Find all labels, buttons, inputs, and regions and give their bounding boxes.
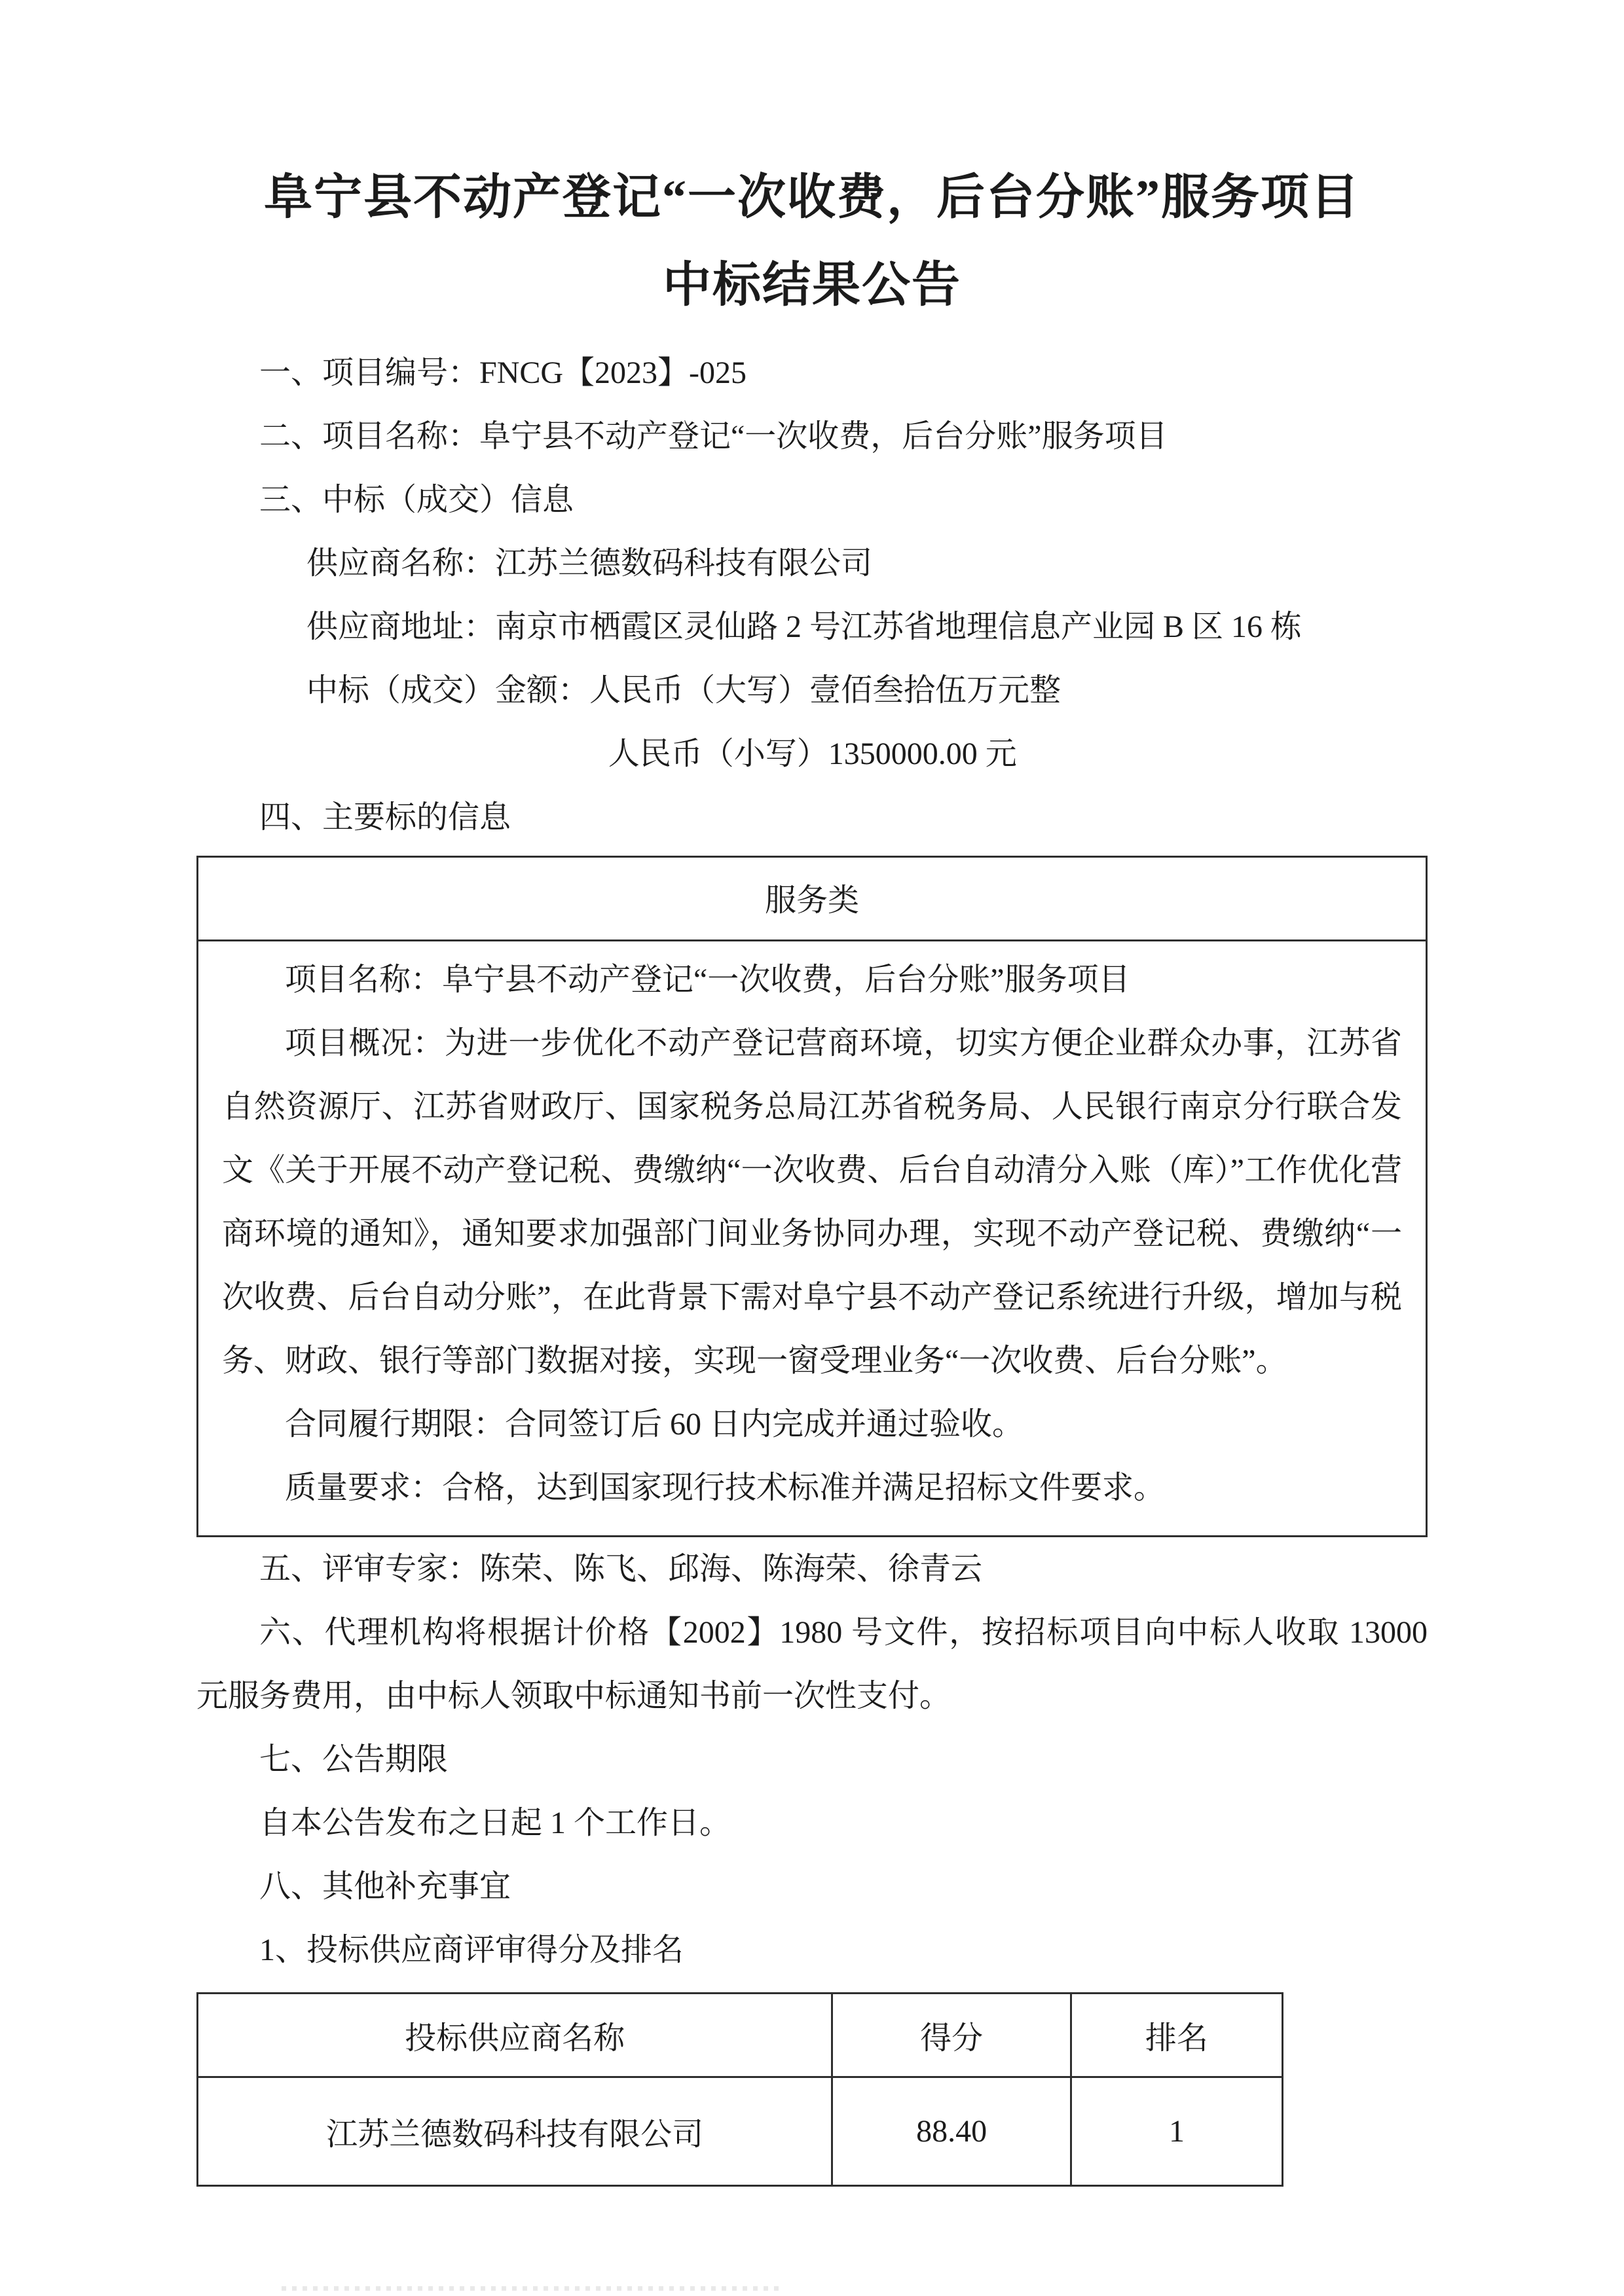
- scan-cutoff-artifact: [282, 2286, 779, 2291]
- table-row: 江苏兰德数码科技有限公司 88.40 1: [198, 2077, 1283, 2186]
- score-cell-supplier: 江苏兰德数码科技有限公司: [198, 2077, 832, 2186]
- document-title: 阜宁县不动产登记“一次收费，后台分账”服务项目 中标结果公告: [196, 154, 1428, 329]
- title-line-2: 中标结果公告: [196, 242, 1428, 329]
- score-table-header-supplier: 投标供应商名称: [198, 1994, 832, 2077]
- score-cell-score: 88.40: [832, 2077, 1071, 2186]
- supplier-address-line: 供应商地址：南京市栖霞区灵仙路 2 号江苏省地理信息产业园 B 区 16 栋: [196, 595, 1428, 659]
- score-cell-rank: 1: [1071, 2077, 1282, 2186]
- item-agency-fee: 六、代理机构将根据计价格【2002】1980 号文件，按招标项目向中标人收取 1…: [196, 1601, 1428, 1728]
- main-table-body: 项目名称：阜宁县不动产登记“一次收费，后台分账”服务项目 项目概况：为进一步优化…: [198, 941, 1426, 1535]
- award-amount-numeric-line: 人民币（小写）1350000.00 元: [196, 722, 1428, 786]
- score-table: 投标供应商名称 得分 排名 江苏兰德数码科技有限公司 88.40 1: [196, 1992, 1283, 2187]
- item-award-info-heading: 三、中标（成交）信息: [196, 468, 1428, 532]
- item-project-name: 二、项目名称：阜宁县不动产登记“一次收费，后台分账”服务项目: [196, 405, 1428, 468]
- title-line-1: 阜宁县不动产登记“一次收费，后台分账”服务项目: [196, 154, 1428, 242]
- main-info-table: 服务类 项目名称：阜宁县不动产登记“一次收费，后台分账”服务项目 项目概况：为进…: [196, 856, 1428, 1537]
- item-announcement-period-heading: 七、公告期限: [196, 1728, 1428, 1791]
- table-quality-requirement: 质量要求：合格，达到国家现行技术标准并满足招标文件要求。: [222, 1456, 1402, 1520]
- score-table-header-score: 得分: [832, 1994, 1071, 2077]
- main-table-category-header: 服务类: [198, 858, 1426, 941]
- table-project-name: 项目名称：阜宁县不动产登记“一次收费，后台分账”服务项目: [222, 948, 1402, 1011]
- table-contract-term: 合同履行期限：合同签订后 60 日内完成并通过验收。: [222, 1393, 1402, 1456]
- supplier-name-line: 供应商名称：江苏兰德数码科技有限公司: [196, 532, 1428, 595]
- item-project-number: 一、项目编号：FNCG【2023】-025: [196, 341, 1428, 405]
- table-project-overview: 项目概况：为进一步优化不动产登记营商环境，切实方便企业群众办事，江苏省自然资源厅…: [222, 1011, 1402, 1393]
- document-content: 阜宁县不动产登记“一次收费，后台分账”服务项目 中标结果公告 一、项目编号：FN…: [0, 0, 1624, 2187]
- announcement-period-body: 自本公告发布之日起 1 个工作日。: [196, 1791, 1428, 1855]
- score-table-header-rank: 排名: [1071, 1994, 1282, 2077]
- item-main-subject-heading: 四、主要标的信息: [196, 786, 1428, 849]
- document-page: 阜宁县不动产登记“一次收费，后台分账”服务项目 中标结果公告 一、项目编号：FN…: [0, 0, 1624, 2296]
- award-amount-capital-line: 中标（成交）金额：人民币（大写）壹佰叁拾伍万元整: [196, 659, 1428, 722]
- score-table-header-row: 投标供应商名称 得分 排名: [198, 1994, 1283, 2077]
- item-score-ranking-subheading: 1、投标供应商评审得分及排名: [196, 1918, 1428, 1982]
- item-other-matters-heading: 八、其他补充事宜: [196, 1855, 1428, 1918]
- item-review-experts: 五、评审专家：陈荣、陈飞、邱海、陈海荣、徐青云: [196, 1537, 1428, 1601]
